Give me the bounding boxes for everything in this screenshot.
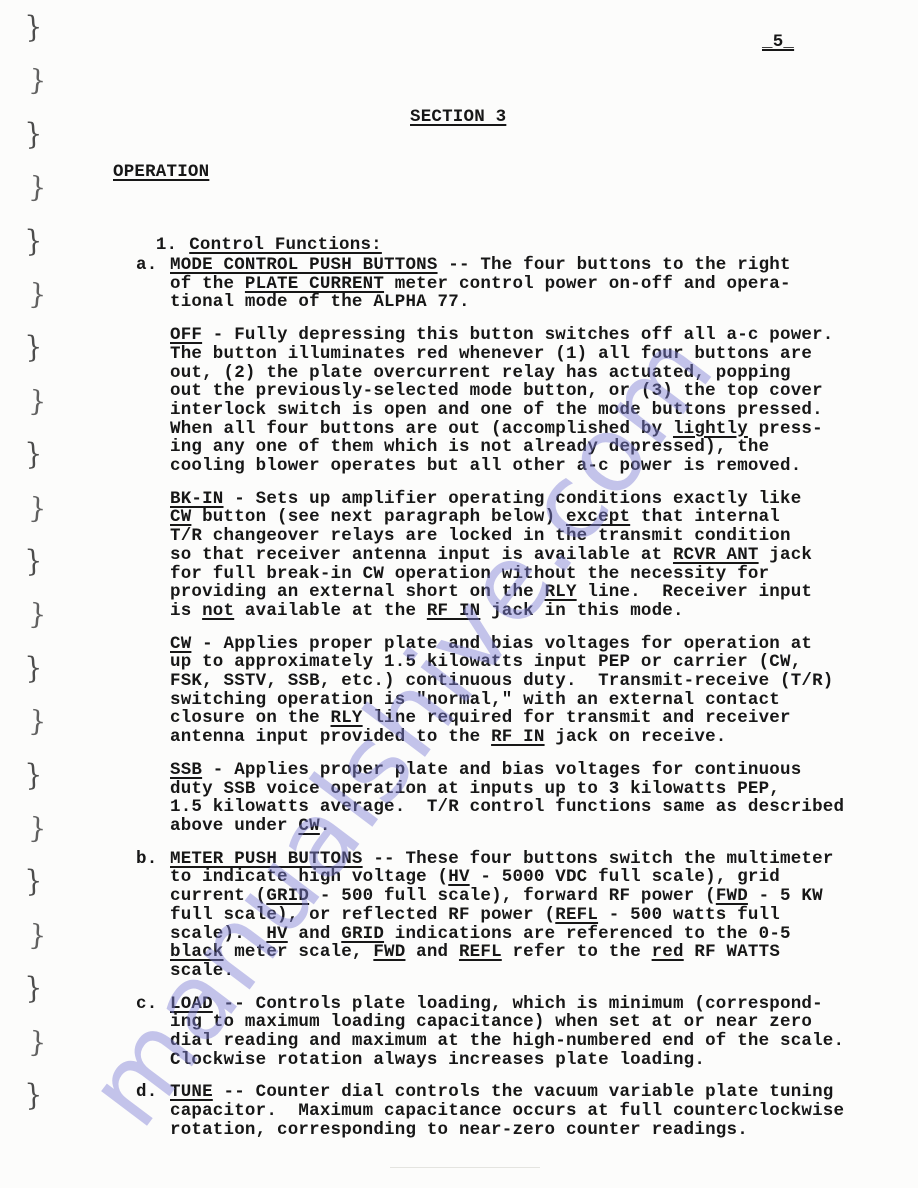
- binding-mark: }: [28, 171, 47, 205]
- binding-mark: }: [24, 10, 43, 45]
- paragraph-meter: b.METER PUSH BUTTONS -- These four butto…: [136, 850, 876, 981]
- paragraph-text: SSB - Applies proper plate and bias volt…: [170, 761, 870, 836]
- binding-mark: }: [28, 64, 47, 98]
- page-number: _5_: [762, 33, 794, 52]
- binding-mark: }: [24, 117, 43, 152]
- paragraph-load: c.LOAD -- Controls plate loading, which …: [136, 995, 876, 1070]
- binding-mark: }: [24, 544, 43, 579]
- binding-mark: }: [28, 492, 47, 526]
- control-functions-list: a.MODE CONTROL PUSH BUTTONS -- The four …: [136, 256, 876, 1154]
- item-letter: a.: [136, 256, 170, 312]
- binding-mark: }: [24, 1078, 43, 1113]
- binding-mark: }: [24, 224, 43, 259]
- page-heading: OPERATION: [113, 163, 209, 182]
- binding-mark: }: [28, 1026, 47, 1060]
- binding-mark: }: [24, 330, 43, 365]
- paragraph-text: TUNE -- Counter dial controls the vacuum…: [170, 1083, 870, 1139]
- scan-artifact-line: [390, 1167, 540, 1168]
- item-letter: [136, 490, 170, 621]
- paragraph-text: OFF - Fully depressing this button switc…: [170, 326, 870, 476]
- paragraph-bk-in: BK-IN - Sets up amplifier operating cond…: [136, 490, 876, 621]
- binding-mark: }: [28, 705, 47, 739]
- list-title: Control Functions:: [189, 235, 382, 255]
- item-letter: [136, 761, 170, 836]
- binding-mark: }: [28, 812, 47, 846]
- paragraph-ssb: SSB - Applies proper plate and bias volt…: [136, 761, 876, 836]
- item-letter: c.: [136, 995, 170, 1070]
- item-letter: d.: [136, 1083, 170, 1139]
- paragraph-text: CW - Applies proper plate and bias volta…: [170, 635, 870, 747]
- binding-mark: }: [24, 864, 43, 899]
- paragraph-off: OFF - Fully depressing this button switc…: [136, 326, 876, 476]
- list-index: 1.: [156, 235, 177, 255]
- binding-mark: }: [24, 971, 43, 1006]
- item-letter: [136, 635, 170, 747]
- paragraph-text: MODE CONTROL PUSH BUTTONS -- The four bu…: [170, 256, 870, 312]
- binding-mark: }: [28, 598, 47, 632]
- item-letter: b.: [136, 850, 170, 981]
- paragraph-text: LOAD -- Controls plate loading, which is…: [170, 995, 870, 1070]
- binding-mark: }: [24, 651, 43, 686]
- paragraph-text: METER PUSH BUTTONS -- These four buttons…: [170, 850, 870, 981]
- item-letter: [136, 326, 170, 476]
- paragraph-text: BK-IN - Sets up amplifier operating cond…: [170, 490, 870, 621]
- paragraph-tune: d.TUNE -- Counter dial controls the vacu…: [136, 1083, 876, 1139]
- document-page: }}}}}}}}}}}}}}}}}}}}} manualshive.com _5…: [0, 0, 918, 1188]
- binding-mark: }: [24, 437, 43, 472]
- section-title: SECTION 3: [410, 108, 506, 127]
- binding-mark: }: [28, 919, 47, 953]
- paragraph-cw: CW - Applies proper plate and bias volta…: [136, 635, 876, 747]
- binding-mark: }: [28, 278, 47, 312]
- binding-mark: }: [24, 758, 43, 793]
- paragraph-mode-control: a.MODE CONTROL PUSH BUTTONS -- The four …: [136, 256, 876, 312]
- binding-mark: }: [28, 385, 47, 419]
